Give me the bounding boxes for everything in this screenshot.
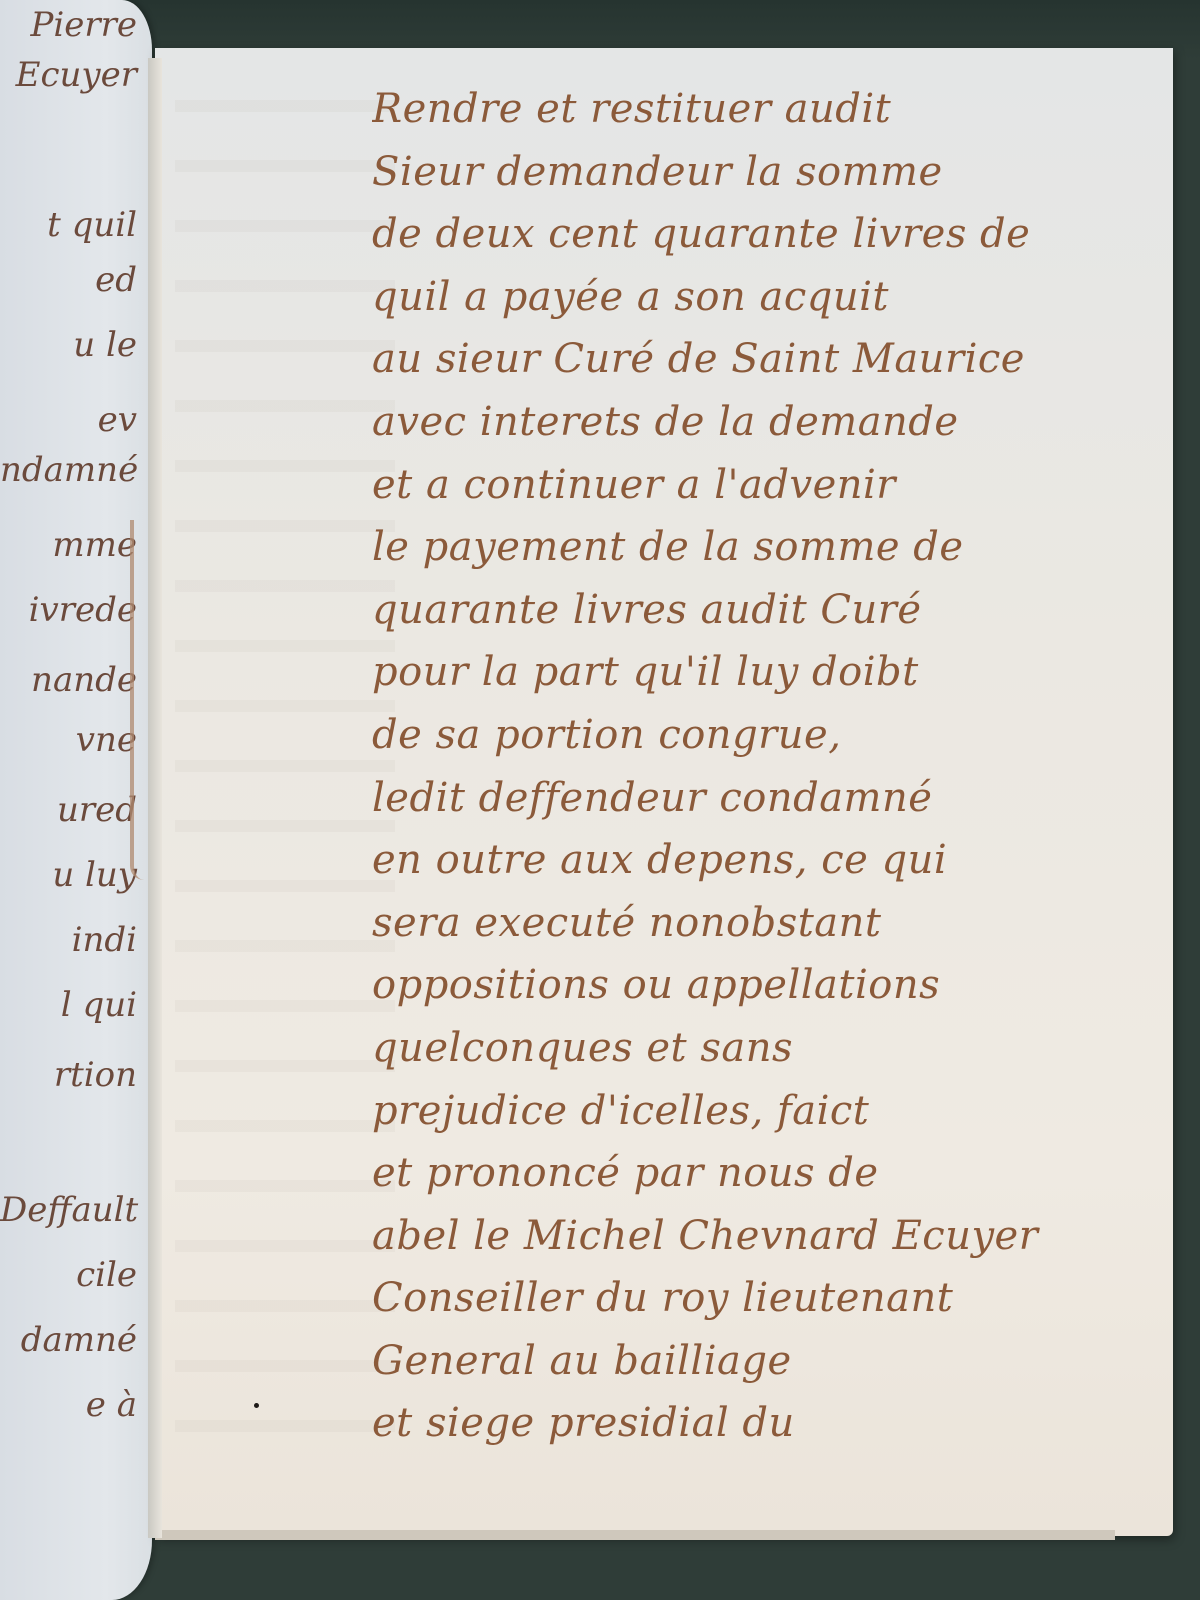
left-page-line-fragment: Deffault	[0, 1190, 145, 1230]
left-page-line-fragment: ed	[0, 260, 145, 300]
manuscript-line: et a continuer a l'advenir	[372, 454, 1112, 517]
left-page-line-fragment: damné	[0, 1320, 145, 1360]
manuscript-line: General au bailliage	[372, 1330, 1112, 1393]
left-page-line-fragment: ured	[0, 790, 145, 830]
binding-thread	[130, 520, 144, 880]
manuscript-line: pour la part qu'il luy doibt	[372, 641, 1112, 704]
manuscript-line: de deux cent quarante livres de	[372, 203, 1112, 266]
manuscript-line: et prononcé par nous de	[372, 1142, 1112, 1205]
left-page-line-fragment: Pierre	[0, 5, 145, 45]
manuscript-line: au sieur Curé de Saint Maurice	[372, 328, 1112, 391]
left-page-line-fragment: ivrede	[0, 590, 145, 630]
left-page-line-fragment: u luy	[0, 855, 145, 895]
left-page-line-fragment: rtion	[0, 1055, 145, 1095]
left-page-line-fragment: t quil	[0, 205, 145, 245]
ink-spot	[254, 1403, 259, 1408]
manuscript-line: quil a payée a son acquit	[372, 266, 1112, 329]
manuscript-text: Rendre et restituer audit Sieur demandeu…	[372, 78, 1112, 1455]
manuscript-line: et siege presidial du	[372, 1392, 1112, 1455]
manuscript-line: ledit deffendeur condamné	[372, 767, 1112, 830]
left-page-line-fragment: l qui	[0, 985, 145, 1025]
manuscript-line: prejudice d'icelles, faict	[372, 1080, 1112, 1143]
left-page-line-fragment: vne	[0, 720, 145, 760]
left-page-line-fragment: ndamné	[0, 450, 145, 490]
left-page-line-fragment: u le	[0, 325, 145, 365]
manuscript-line: de sa portion congrue,	[372, 704, 1112, 767]
manuscript-line: quelconques et sans	[372, 1017, 1112, 1080]
manuscript-line: abel le Michel Chevnard Ecuyer	[372, 1205, 1112, 1268]
manuscript-line: Conseiller du roy lieutenant	[372, 1267, 1112, 1330]
left-page-line-fragment: mme	[0, 525, 145, 565]
left-page-line-fragment: ev	[0, 400, 145, 440]
left-page-line-fragment: e à	[0, 1385, 145, 1425]
manuscript-line: Rendre et restituer audit	[372, 78, 1112, 141]
left-page-line-fragment: cile	[0, 1255, 145, 1295]
manuscript-line: le payement de la somme de	[372, 516, 1112, 579]
manuscript-line: oppositions ou appellations	[372, 954, 1112, 1017]
ink-bleed-through	[175, 60, 395, 1460]
left-page-line-fragment: nande	[0, 660, 145, 700]
page-stack-edge	[155, 1530, 1115, 1540]
manuscript-line: avec interets de la demande	[372, 391, 1112, 454]
manuscript-line: Sieur demandeur la somme	[372, 141, 1112, 204]
left-page-line-fragment: indi	[0, 920, 145, 960]
manuscript-line: sera executé nonobstant	[372, 892, 1112, 955]
manuscript-line: en outre aux depens, ce qui	[372, 829, 1112, 892]
manuscript-line: quarante livres audit Curé	[372, 579, 1112, 642]
book-gutter	[148, 58, 162, 1538]
manuscript-photo: PierreEcuyert quiledu leevndamnémmeivred…	[0, 0, 1200, 1600]
left-page-line-fragment: Ecuyer	[0, 55, 145, 95]
